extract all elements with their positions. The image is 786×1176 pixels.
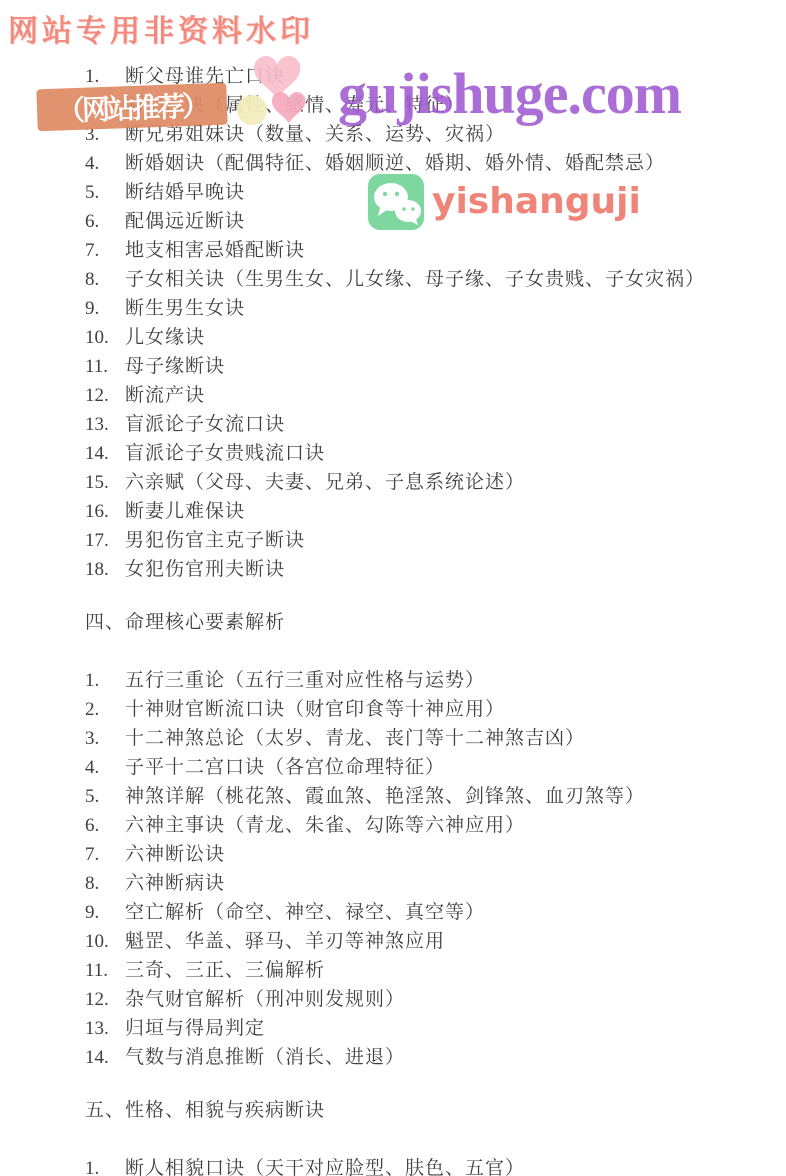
item-number: 17. xyxy=(85,526,125,555)
item-text: 断婚姻诀（配偶特征、婚姻顺逆、婚期、婚外情、婚配禁忌） xyxy=(125,153,665,174)
toc-item: 10.魁罡、华盖、驿马、羊刃等神煞应用 xyxy=(85,927,766,956)
item-number: 13. xyxy=(85,1014,125,1043)
item-number: 7. xyxy=(85,840,125,869)
item-text: 十二神煞总论（太岁、青龙、丧门等十二神煞吉凶） xyxy=(125,728,585,749)
item-number: 14. xyxy=(85,1043,125,1072)
toc-item: 4.断婚姻诀（配偶特征、婚姻顺逆、婚期、婚外情、婚配禁忌） xyxy=(85,149,766,178)
hearts-icon xyxy=(236,54,320,137)
item-number: 5. xyxy=(85,782,125,811)
item-number: 7. xyxy=(85,236,125,265)
toc-section: 四、命理核心要素解析1.五行三重论（五行三重对应性格与运势）2.十神财官断流口诀… xyxy=(85,608,766,1072)
item-text: 六亲赋（父母、夫妻、兄弟、子息系统论述） xyxy=(125,472,525,493)
toc-item: 9.断生男生女诀 xyxy=(85,294,766,323)
item-number: 6. xyxy=(85,207,125,236)
item-number: 15. xyxy=(85,468,125,497)
watermark-top-text: 网站专用非资料水印 xyxy=(8,6,314,50)
item-text: 气数与消息推断（消长、进退） xyxy=(125,1047,405,1068)
toc-item: 16.断妻儿难保诀 xyxy=(85,497,766,526)
section-item-list: 1.断人相貌口诀（天干对应脸型、肤色、五官） xyxy=(85,1154,766,1176)
item-number: 5. xyxy=(85,178,125,207)
toc-item: 5.神煞详解（桃花煞、霞血煞、艳淫煞、剑锋煞、血刃煞等） xyxy=(85,782,766,811)
item-number: 6. xyxy=(85,811,125,840)
toc-item: 12.杂气财官解析（刑冲则发规则） xyxy=(85,985,766,1014)
item-number: 1. xyxy=(85,1154,125,1176)
toc-item: 2.十神财官断流口诀（财官印食等十神应用） xyxy=(85,695,766,724)
item-text: 空亡解析（命空、神空、禄空、真空等） xyxy=(125,902,485,923)
toc-item: 18.女犯伤官刑夫断诀 xyxy=(85,555,766,584)
item-number: 9. xyxy=(85,294,125,323)
item-text: 断生男生女诀 xyxy=(125,298,245,319)
toc-item: 17.男犯伤官主克子断诀 xyxy=(85,526,766,555)
item-number: 3. xyxy=(85,724,125,753)
item-number: 10. xyxy=(85,323,125,352)
toc-item: 5.断结婚早晚诀 xyxy=(85,178,766,207)
section-heading: 五、性格、相貌与疾病断诀 xyxy=(85,1096,766,1125)
item-text: 六神断病诀 xyxy=(125,873,225,894)
toc-item: 10.儿女缘诀 xyxy=(85,323,766,352)
item-number: 10. xyxy=(85,927,125,956)
item-text: 魁罡、华盖、驿马、羊刃等神煞应用 xyxy=(125,931,445,952)
wechat-icon xyxy=(368,174,424,230)
watermark-site-badge: （网站推荐） xyxy=(36,83,227,132)
toc-item: 13.归垣与得局判定 xyxy=(85,1014,766,1043)
toc-section: 五、性格、相貌与疾病断诀1.断人相貌口诀（天干对应脸型、肤色、五官） xyxy=(85,1096,766,1176)
section-item-list: 1.五行三重论（五行三重对应性格与运势）2.十神财官断流口诀（财官印食等十神应用… xyxy=(85,666,766,1072)
watermark-badge-label: （网站推荐） xyxy=(56,84,207,129)
item-text: 地支相害忌婚配断诀 xyxy=(125,240,305,261)
toc-item: 13.盲派论子女流口诀 xyxy=(85,410,766,439)
item-text: 归垣与得局判定 xyxy=(125,1018,265,1039)
toc-item: 6.配偶远近断诀 xyxy=(85,207,766,236)
item-text: 子平十二宫口诀（各宫位命理特征） xyxy=(125,757,445,778)
item-text: 断流产诀 xyxy=(125,385,205,406)
item-text: 儿女缘诀 xyxy=(125,327,205,348)
item-text: 十神财官断流口诀（财官印食等十神应用） xyxy=(125,699,505,720)
item-text: 男犯伤官主克子断诀 xyxy=(125,530,305,551)
toc-item: 1.五行三重论（五行三重对应性格与运势） xyxy=(85,666,766,695)
toc-item: 12.断流产诀 xyxy=(85,381,766,410)
toc-section: 1.断父母谁先亡口诀2.断父母诀（属性、感情、寿元、特征）3.断兄弟姐妹诀（数量… xyxy=(85,62,766,584)
watermark-gujishuge: gujishuge.com xyxy=(338,64,681,124)
toc-item: 3.十二神煞总论（太岁、青龙、丧门等十二神煞吉凶） xyxy=(85,724,766,753)
section-item-list: 1.断父母谁先亡口诀2.断父母诀（属性、感情、寿元、特征）3.断兄弟姐妹诀（数量… xyxy=(85,62,766,584)
item-number: 14. xyxy=(85,439,125,468)
toc-item: 7.六神断讼诀 xyxy=(85,840,766,869)
item-text: 五行三重论（五行三重对应性格与运势） xyxy=(125,670,485,691)
toc-item: 14.盲派论子女贵贱流口诀 xyxy=(85,439,766,468)
item-text: 断妻儿难保诀 xyxy=(125,501,245,522)
item-number: 13. xyxy=(85,410,125,439)
item-number: 11. xyxy=(85,352,125,381)
toc-item: 6.六神主事诀（青龙、朱雀、勾陈等六神应用） xyxy=(85,811,766,840)
item-number: 8. xyxy=(85,869,125,898)
item-text: 六神主事诀（青龙、朱雀、勾陈等六神应用） xyxy=(125,815,525,836)
toc-item: 7.地支相害忌婚配断诀 xyxy=(85,236,766,265)
item-text: 盲派论子女流口诀 xyxy=(125,414,285,435)
item-number: 12. xyxy=(85,381,125,410)
item-text: 神煞详解（桃花煞、霞血煞、艳淫煞、剑锋煞、血刃煞等） xyxy=(125,786,645,807)
toc-item: 9.空亡解析（命空、神空、禄空、真空等） xyxy=(85,898,766,927)
item-number: 4. xyxy=(85,149,125,178)
toc-item: 8.六神断病诀 xyxy=(85,869,766,898)
item-text: 六神断讼诀 xyxy=(125,844,225,865)
item-number: 12. xyxy=(85,985,125,1014)
item-text: 母子缘断诀 xyxy=(125,356,225,377)
toc-item: 1.断人相貌口诀（天干对应脸型、肤色、五官） xyxy=(85,1154,766,1176)
toc-item: 8.子女相关诀（生男生女、儿女缘、母子缘、子女贵贱、子女灾祸） xyxy=(85,265,766,294)
item-text: 子女相关诀（生男生女、儿女缘、母子缘、子女贵贱、子女灾祸） xyxy=(125,269,705,290)
item-number: 2. xyxy=(85,695,125,724)
item-text: 盲派论子女贵贱流口诀 xyxy=(125,443,325,464)
item-number: 1. xyxy=(85,666,125,695)
item-text: 配偶远近断诀 xyxy=(125,211,245,232)
item-text: 断人相貌口诀（天干对应脸型、肤色、五官） xyxy=(125,1158,525,1176)
item-number: 11. xyxy=(85,956,125,985)
toc-item: 4.子平十二宫口诀（各宫位命理特征） xyxy=(85,753,766,782)
item-text: 杂气财官解析（刑冲则发规则） xyxy=(125,989,405,1010)
toc-item: 15.六亲赋（父母、夫妻、兄弟、子息系统论述） xyxy=(85,468,766,497)
item-number: 8. xyxy=(85,265,125,294)
item-text: 三奇、三正、三偏解析 xyxy=(125,960,325,981)
item-text: 断结婚早晚诀 xyxy=(125,182,245,203)
item-number: 9. xyxy=(85,898,125,927)
watermark-yishanguji: yishanguji xyxy=(432,176,641,228)
section-heading: 四、命理核心要素解析 xyxy=(85,608,766,637)
toc-item: 14.气数与消息推断（消长、进退） xyxy=(85,1043,766,1072)
item-number: 18. xyxy=(85,555,125,584)
item-number: 16. xyxy=(85,497,125,526)
item-text: 女犯伤官刑夫断诀 xyxy=(125,559,285,580)
item-number: 4. xyxy=(85,753,125,782)
toc-item: 11.母子缘断诀 xyxy=(85,352,766,381)
toc-item: 11.三奇、三正、三偏解析 xyxy=(85,956,766,985)
toc-content: 1.断父母谁先亡口诀2.断父母诀（属性、感情、寿元、特征）3.断兄弟姐妹诀（数量… xyxy=(85,62,766,1176)
